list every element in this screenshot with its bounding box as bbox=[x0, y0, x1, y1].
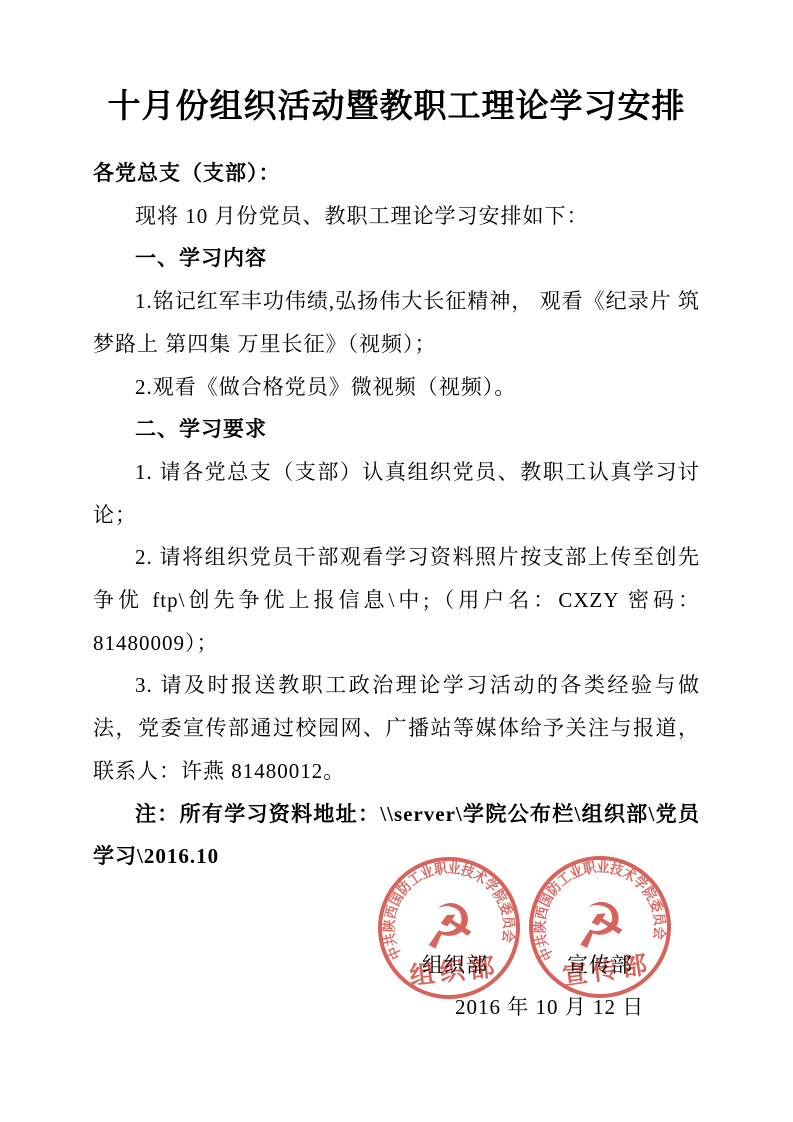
section2-item-1: 1. 请各党总支（支部）认真组织党员、教职工认真学习讨论； bbox=[93, 451, 700, 536]
official-seal-publicity-dept: 中共陕西国防工业职业技术学院委员会 ☭ 宣传部 bbox=[515, 842, 684, 1011]
official-seal-organization-dept: 中共陕西国防工业职业技术学院委员会 ☭ 组织部 bbox=[367, 846, 532, 1011]
section1-item-1: 1.铭记红军丰功伟绩,弘扬伟大长征精神， 观看《纪录片 筑梦路上 第四集 万里长… bbox=[93, 280, 700, 365]
section2-item-3: 3. 请及时报送教职工政治理论学习活动的各类经验与做法，党委宣传部通过校园网、广… bbox=[93, 664, 700, 792]
document-title: 十月份组织活动暨教职工理论学习安排 bbox=[93, 84, 700, 130]
hammer-sickle-icon: ☭ bbox=[568, 888, 631, 965]
section2-item-2: 2. 请将组织党员干部观看学习资料照片按支部上传至创先争优 ftp\创先争优上报… bbox=[93, 536, 700, 664]
section1-item-2: 2.观看《做合格党员》微视频（视频）。 bbox=[93, 366, 700, 409]
section2-heading: 二、学习要求 bbox=[93, 408, 700, 451]
document-page: 十月份组织活动暨教职工理论学习安排 各党总支（支部）： 现将 10 月份党员、教… bbox=[0, 0, 793, 1122]
document-body: 十月份组织活动暨教职工理论学习安排 各党总支（支部）： 现将 10 月份党员、教… bbox=[93, 0, 700, 878]
section1-heading: 一、学习内容 bbox=[93, 237, 700, 280]
intro-paragraph: 现将 10 月份党员、教职工理论学习安排如下： bbox=[93, 195, 700, 238]
salutation: 各党总支（支部）： bbox=[93, 152, 700, 195]
hammer-sickle-icon: ☭ bbox=[418, 889, 479, 964]
